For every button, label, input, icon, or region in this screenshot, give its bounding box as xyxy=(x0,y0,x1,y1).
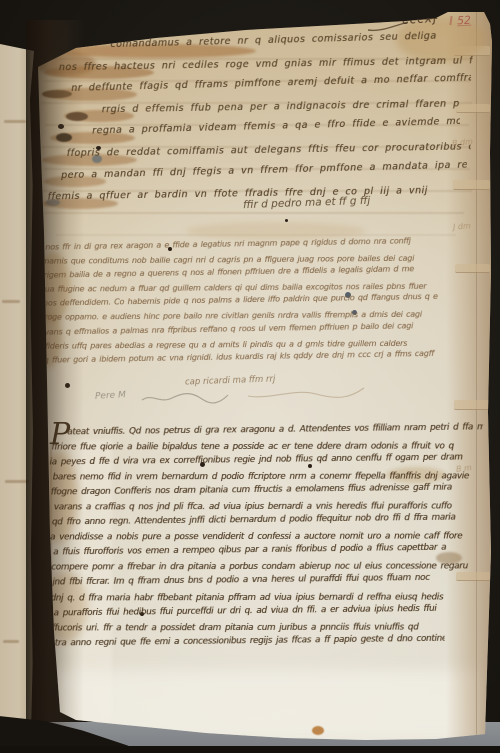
facing-page-mark xyxy=(2,300,20,303)
crease xyxy=(44,212,464,214)
wormhole xyxy=(65,383,70,388)
pencil-annotation: Pere M xyxy=(95,390,126,402)
margin-note: J dm xyxy=(453,221,471,232)
entry1-text-block: comandamus a retore nr q aliquos comissa… xyxy=(34,31,488,213)
folio-number: 52 xyxy=(457,14,472,28)
entry3-text-block: ateat vniuffis. Qd nos petrus di gra rex… xyxy=(49,424,489,653)
text-line: jnd ffbi ffcrar. Im q ffram dnus bns d p… xyxy=(52,573,482,593)
ink-blot xyxy=(285,219,288,222)
entry2-text-block: nos ffr in di gra rex aragon a e ffide a… xyxy=(39,237,489,369)
facing-page-mark xyxy=(5,480,29,483)
manuscript-page: cccxj 52 comandamus a retore nr q aliquo… xyxy=(36,12,492,744)
page-edge-layer xyxy=(454,400,490,410)
stain xyxy=(312,726,324,735)
backdrop-edge xyxy=(0,746,500,753)
pen-flourish xyxy=(246,384,366,402)
manuscript-photo: cccxj 52 comandamus a retore nr q aliquo… xyxy=(0,0,500,753)
facing-page-mark xyxy=(3,640,19,643)
text-line: ateat vniuffis. Qd nos petrus di gra rex… xyxy=(67,422,483,442)
facing-page-mark xyxy=(4,120,26,123)
pencil-scribble xyxy=(140,390,230,406)
facing-page-edge xyxy=(0,44,34,748)
